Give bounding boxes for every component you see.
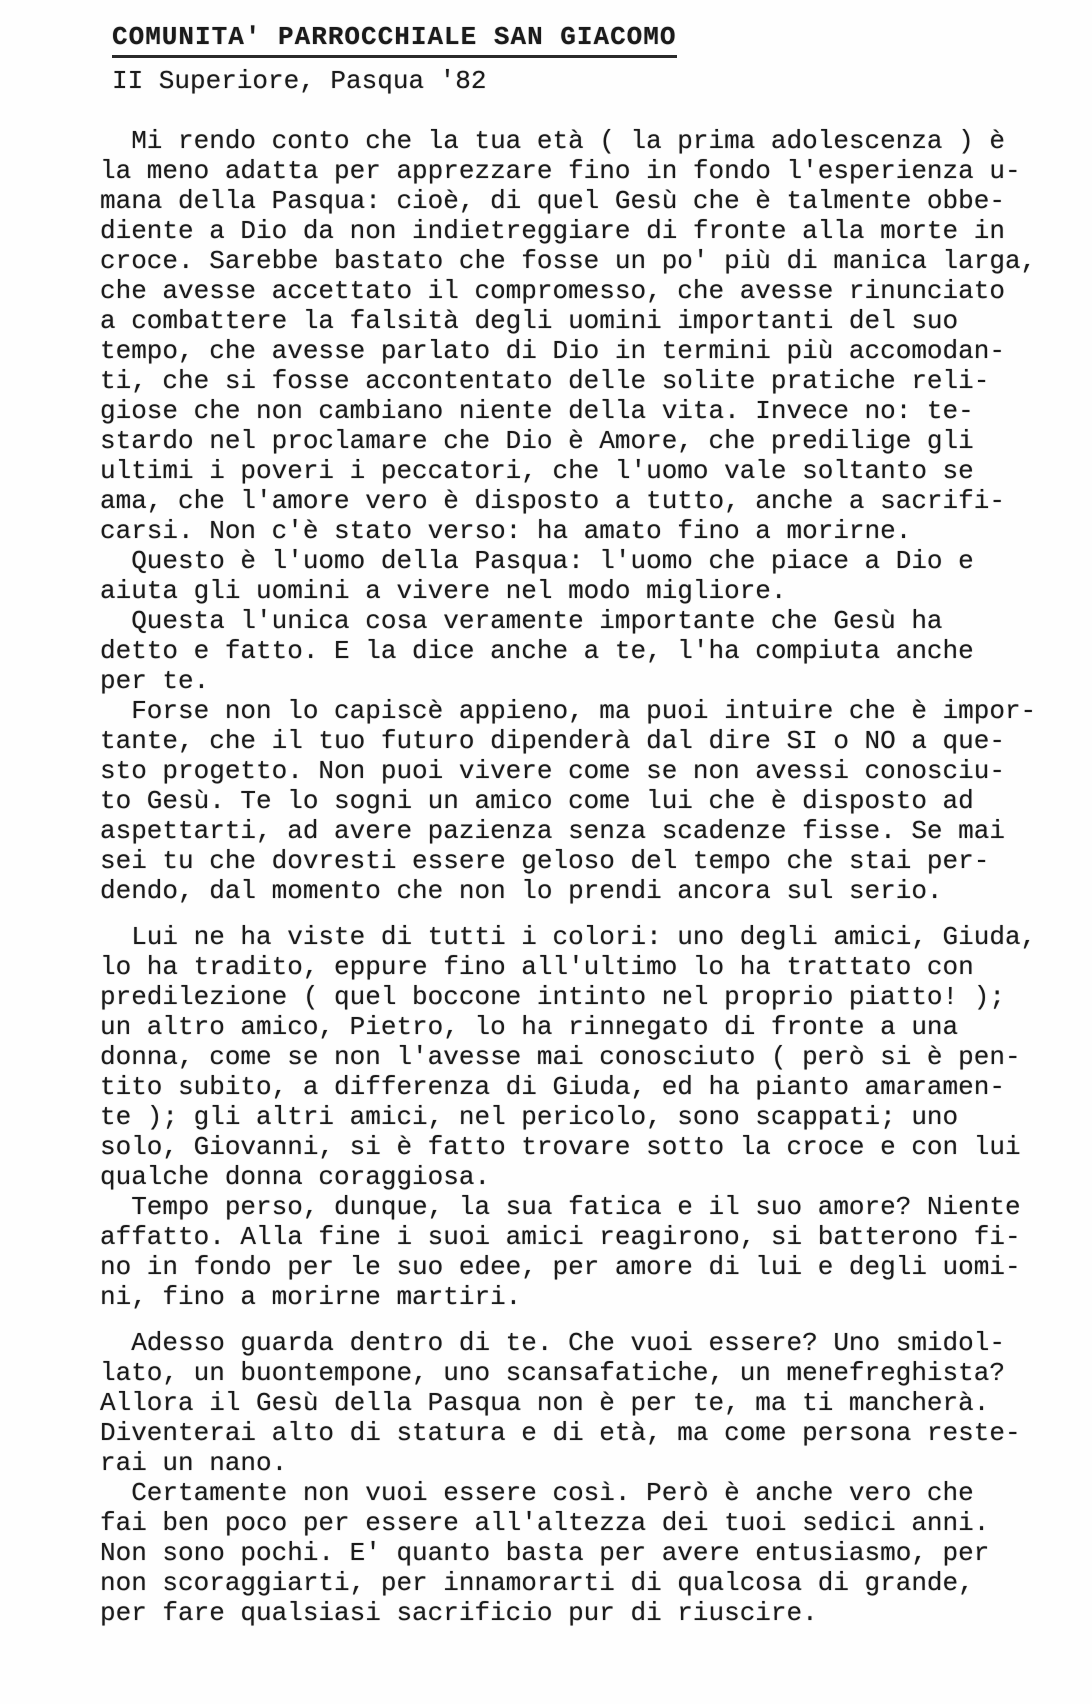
text-line: a combattere la falsità degli uomini imp… (100, 306, 1058, 336)
text-line: dendo, dal momento che non lo prendi anc… (100, 876, 1058, 906)
text-line: sto progetto. Non puoi vivere come se no… (100, 756, 1058, 786)
text-line: fai ben poco per essere all'altezza dei … (100, 1508, 1058, 1538)
text-line: aspettarti, ad avere pazienza senza scad… (100, 816, 1058, 846)
text-line: tante, che il tuo futuro dipenderà dal d… (100, 726, 1058, 756)
text-line: non scoraggiarti, per innamorarti di qua… (100, 1568, 1058, 1598)
text-line: ti, che si fosse accontentato delle soli… (100, 366, 1058, 396)
text-line: carsi. Non c'è stato verso: ha amato fin… (100, 516, 1058, 546)
text-line: solo, Giovanni, si è fatto trovare sotto… (100, 1132, 1058, 1162)
text-line: Tempo perso, dunque, la sua fatica e il … (100, 1192, 1058, 1222)
text-line: croce. Sarebbe bastato che fosse un po' … (100, 246, 1058, 276)
text-line: Questa l'unica cosa veramente importante… (100, 606, 1058, 636)
text-line: per fare qualsiasi sacrificio pur di riu… (100, 1598, 1058, 1628)
text-line: per te. (100, 666, 1058, 696)
text-line: Lui ne ha viste di tutti i colori: uno d… (100, 922, 1058, 952)
text-line: mana della Pasqua: cioè, di quel Gesù ch… (100, 186, 1058, 216)
text-line: predilezione ( quel boccone intinto nel … (100, 982, 1058, 1012)
text-line: diente a Dio da non indietreggiare di fr… (100, 216, 1058, 246)
text-line: aiuta gli uomini a vivere nel modo migli… (100, 576, 1058, 606)
text-line: to Gesù. Te lo sogni un amico come lui c… (100, 786, 1058, 816)
text-line: Certamente non vuoi essere così. Però è … (100, 1478, 1058, 1508)
text-line: Adesso guarda dentro di te. Che vuoi ess… (100, 1328, 1058, 1358)
document-header: COMUNITA' PARROCCHIALE SAN GIACOMO II Su… (100, 22, 1058, 96)
document-subtitle: II Superiore, Pasqua '82 (112, 66, 1058, 96)
text-line: Mi rendo conto che la tua età ( la prima… (100, 126, 1058, 156)
document-title: COMUNITA' PARROCCHIALE SAN GIACOMO (112, 22, 677, 58)
text-line: rai un nano. (100, 1448, 1058, 1478)
document-body: Mi rendo conto che la tua età ( la prima… (100, 126, 1058, 1628)
text-line: qualche donna coraggiosa. (100, 1162, 1058, 1192)
text-line: te ); gli altri amici, nel pericolo, son… (100, 1102, 1058, 1132)
text-line: tito subito, a differenza di Giuda, ed h… (100, 1072, 1058, 1102)
text-line: donna, come se non l'avesse mai conosciu… (100, 1042, 1058, 1072)
text-line: Questo è l'uomo della Pasqua: l'uomo che… (100, 546, 1058, 576)
document-page: COMUNITA' PARROCCHIALE SAN GIACOMO II Su… (0, 0, 1092, 1704)
text-line: ni, fino a morirne martiri. (100, 1282, 1058, 1312)
text-line: no in fondo per le suo edee, per amore d… (100, 1252, 1058, 1282)
text-line: lato, un buontempone, uno scansafatiche,… (100, 1358, 1058, 1388)
text-line: Diventerai alto di statura e di età, ma … (100, 1418, 1058, 1448)
text-line: tempo, che avesse parlato di Dio in term… (100, 336, 1058, 366)
text-line: un altro amico, Pietro, lo ha rinnegato … (100, 1012, 1058, 1042)
text-line: detto e fatto. E la dice anche a te, l'h… (100, 636, 1058, 666)
text-line: Forse non lo capiscè appieno, ma puoi in… (100, 696, 1058, 726)
text-line: sei tu che dovresti essere geloso del te… (100, 846, 1058, 876)
text-line: la meno adatta per apprezzare fino in fo… (100, 156, 1058, 186)
paragraph-gap (100, 1312, 1058, 1328)
text-line: stardo nel proclamare che Dio è Amore, c… (100, 426, 1058, 456)
text-line: Non sono pochi. E' quanto basta per aver… (100, 1538, 1058, 1568)
text-line: giose che non cambiano niente della vita… (100, 396, 1058, 426)
text-line: affatto. Alla fine i suoi amici reagiron… (100, 1222, 1058, 1252)
text-line: che avesse accettato il compromesso, che… (100, 276, 1058, 306)
paragraph-gap (100, 906, 1058, 922)
text-line: lo ha tradito, eppure fino all'ultimo lo… (100, 952, 1058, 982)
text-line: ama, che l'amore vero è disposto a tutto… (100, 486, 1058, 516)
text-line: ultimi i poveri i peccatori, che l'uomo … (100, 456, 1058, 486)
text-line: Allora il Gesù della Pasqua non è per te… (100, 1388, 1058, 1418)
